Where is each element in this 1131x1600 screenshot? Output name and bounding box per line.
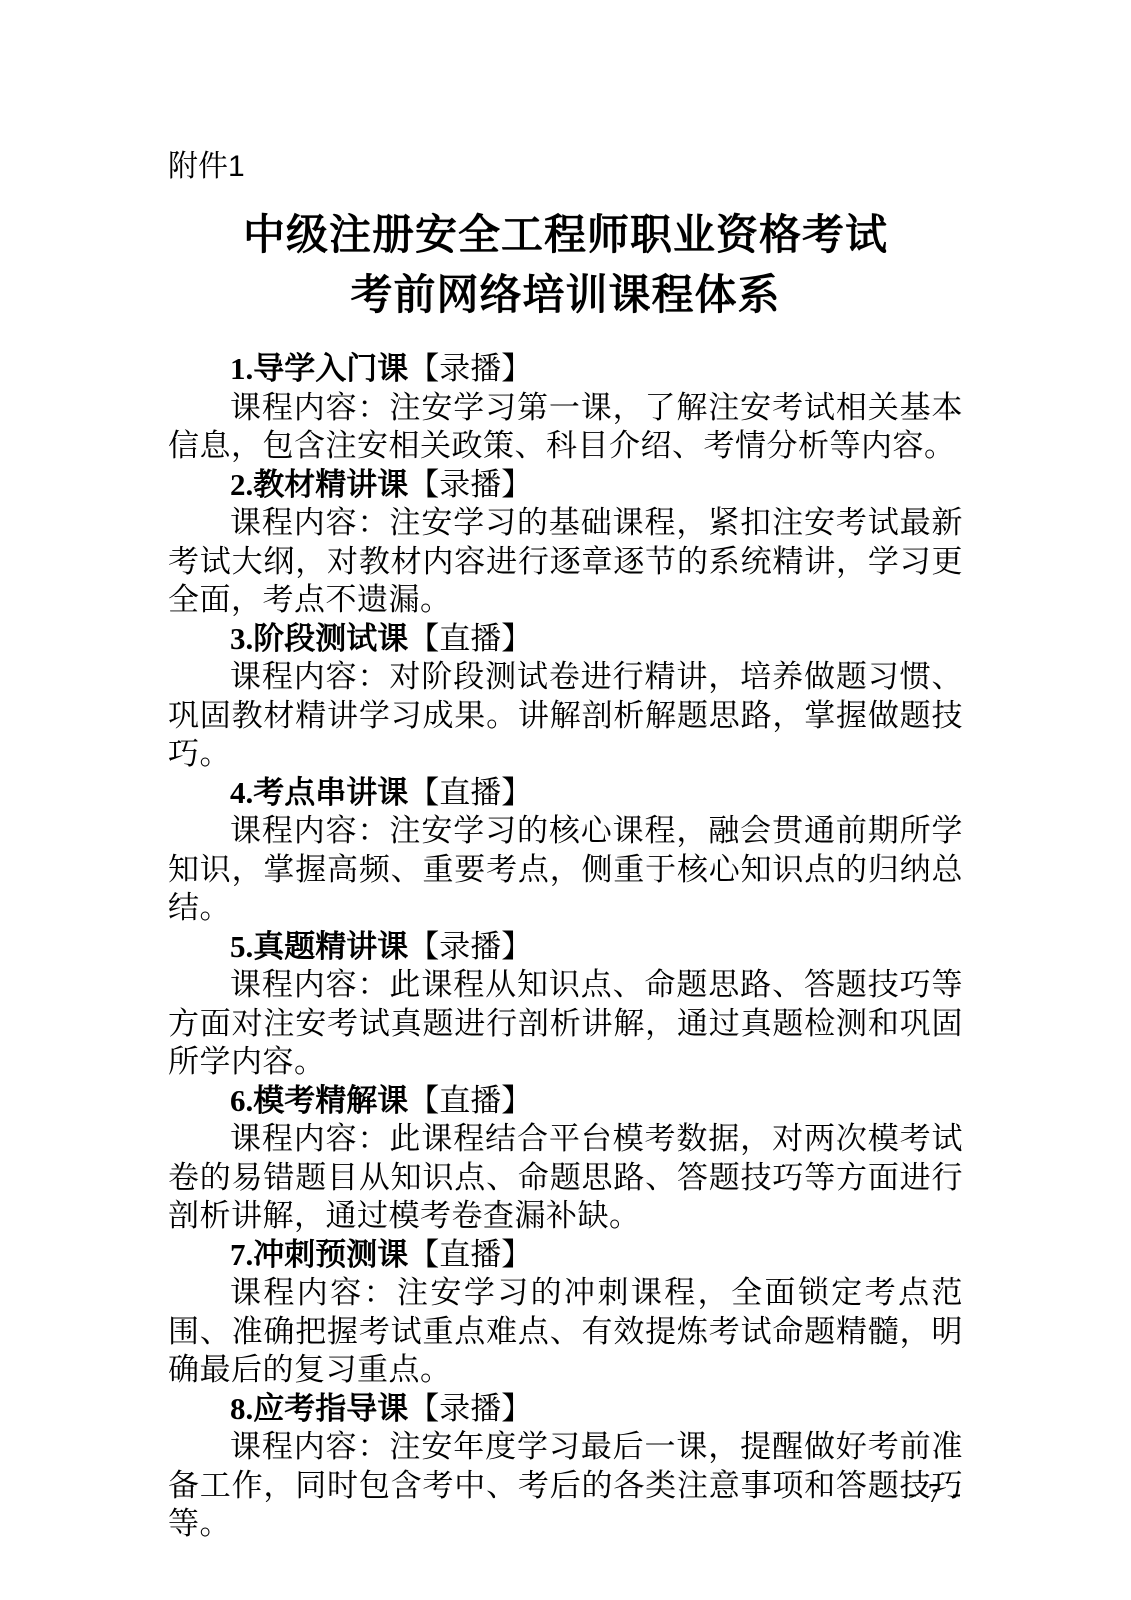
course-section: 3.阶段测试课【直播】 课程内容：对阶段测试卷进行精讲，培养做题习惯、巩固教材精…: [168, 620, 963, 774]
course-mode-tag: 【录播】: [408, 1391, 532, 1426]
course-mode-tag: 【录播】: [408, 929, 532, 964]
course-heading: 8.应考指导课【录播】: [168, 1390, 963, 1429]
course-heading: 4.考点串讲课【直播】: [168, 774, 963, 813]
course-section: 6.模考精解课【直播】 课程内容：此课程结合平台模考数据，对两次模考试卷的易错题…: [168, 1082, 963, 1236]
course-description: 课程内容：注安年度学习最后一课，提醒做好考前准备工作，同时包含考中、考后的各类注…: [168, 1428, 963, 1544]
course-title: 6.模考精解课: [230, 1083, 408, 1118]
course-mode-tag: 【直播】: [408, 621, 532, 656]
course-description: 课程内容：注安学习的核心课程，融会贯通前期所学知识，掌握高频、重要考点，侧重于核…: [168, 812, 963, 928]
course-mode-tag: 【直播】: [408, 1237, 532, 1272]
document-page: 附件1 中级注册安全工程师职业资格考试 考前网络培训课程体系 1.导学入门课【录…: [0, 0, 1131, 1600]
course-title: 3.阶段测试课: [230, 621, 408, 656]
course-mode-tag: 【录播】: [408, 351, 532, 386]
course-section: 4.考点串讲课【直播】 课程内容：注安学习的核心课程，融会贯通前期所学知识，掌握…: [168, 774, 963, 928]
course-title: 4.考点串讲课: [230, 775, 408, 810]
course-mode-tag: 【直播】: [408, 1083, 532, 1118]
course-description: 课程内容：对阶段测试卷进行精讲，培养做题习惯、巩固教材精讲学习成果。讲解剖析解题…: [168, 658, 963, 774]
course-heading: 1.导学入门课【录播】: [168, 350, 963, 389]
document-title-line2: 考前网络培训课程体系: [168, 266, 963, 326]
course-title: 1.导学入门课: [230, 351, 408, 386]
document-title-line1: 中级注册安全工程师职业资格考试: [168, 206, 963, 266]
course-description: 课程内容：此课程从知识点、命题思路、答题技巧等方面对注安考试真题进行剖析讲解，通…: [168, 966, 963, 1082]
course-section: 8.应考指导课【录播】 课程内容：注安年度学习最后一课，提醒做好考前准备工作，同…: [168, 1390, 963, 1544]
course-heading: 5.真题精讲课【录播】: [168, 928, 963, 967]
attachment-label: 附件1: [168, 150, 963, 184]
course-heading: 7.冲刺预测课【直播】: [168, 1236, 963, 1275]
course-list: 1.导学入门课【录播】 课程内容：注安学习第一课，了解注安考试相关基本信息，包含…: [168, 350, 963, 1544]
course-title: 5.真题精讲课: [230, 929, 408, 964]
course-section: 1.导学入门课【录播】 课程内容：注安学习第一课，了解注安考试相关基本信息，包含…: [168, 350, 963, 466]
course-description: 课程内容：注安学习第一课，了解注安考试相关基本信息，包含注安相关政策、科目介绍、…: [168, 389, 963, 466]
course-heading: 2.教材精讲课【录播】: [168, 466, 963, 505]
course-description: 课程内容：此课程结合平台模考数据，对两次模考试卷的易错题目从知识点、命题思路、答…: [168, 1120, 963, 1236]
course-section: 5.真题精讲课【录播】 课程内容：此课程从知识点、命题思路、答题技巧等方面对注安…: [168, 928, 963, 1082]
course-title: 7.冲刺预测课: [230, 1237, 408, 1272]
course-section: 2.教材精讲课【录播】 课程内容：注安学习的基础课程，紧扣注安考试最新考试大纲，…: [168, 466, 963, 620]
course-description: 课程内容：注安学习的冲刺课程，全面锁定考点范围、准确把握考试重点难点、有效提炼考…: [168, 1274, 963, 1390]
course-title: 8.应考指导课: [230, 1391, 408, 1426]
course-mode-tag: 【直播】: [408, 775, 532, 810]
page-number: - 7 -: [908, 1478, 963, 1509]
course-mode-tag: 【录播】: [408, 467, 532, 502]
document-title: 中级注册安全工程师职业资格考试 考前网络培训课程体系: [168, 206, 963, 326]
course-description: 课程内容：注安学习的基础课程，紧扣注安考试最新考试大纲，对教材内容进行逐章逐节的…: [168, 504, 963, 620]
course-heading: 3.阶段测试课【直播】: [168, 620, 963, 659]
course-section: 7.冲刺预测课【直播】 课程内容：注安学习的冲刺课程，全面锁定考点范围、准确把握…: [168, 1236, 963, 1390]
course-heading: 6.模考精解课【直播】: [168, 1082, 963, 1121]
course-title: 2.教材精讲课: [230, 467, 408, 502]
